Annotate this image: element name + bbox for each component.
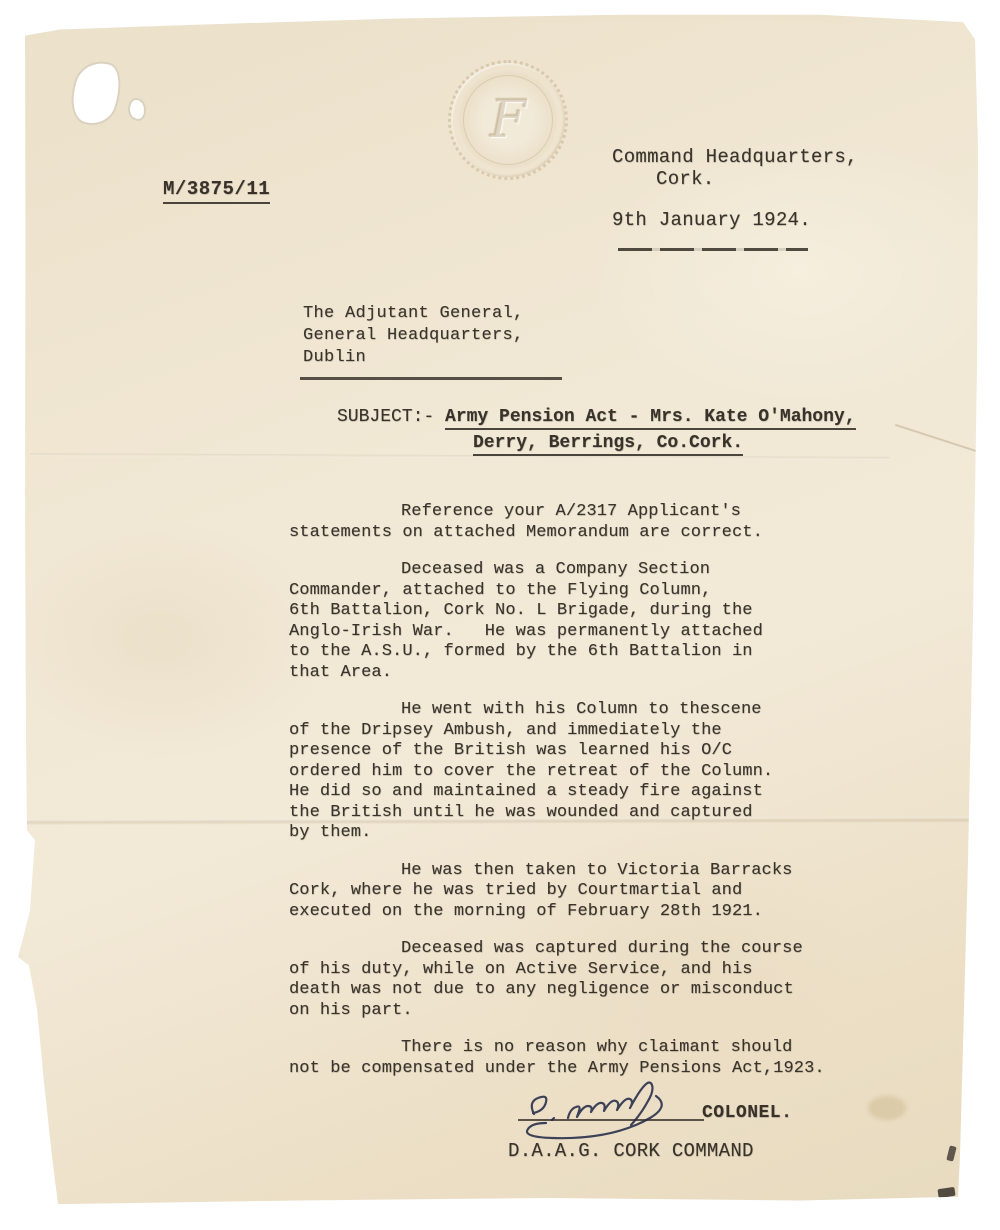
paragraph: Reference your A/2317 Applicant'sstateme…	[289, 502, 929, 543]
date-underline	[618, 248, 808, 251]
letterhead-org-line1: Command Headquarters,	[612, 147, 858, 168]
paragraphs: Reference your A/2317 Applicant'sstateme…	[289, 502, 929, 1096]
paragraph-line: Deceased was captured during the course	[289, 939, 929, 960]
paragraph-line: Anglo-Irish War. He was permanently atta…	[289, 622, 929, 643]
paper-stain	[868, 1096, 906, 1120]
document-paper: F M/3875/11 Command Headquarters, Cork. …	[0, 0, 1000, 1230]
paragraph-line: ordered him to cover the retreat of the …	[289, 762, 929, 783]
seal-monogram: F	[451, 63, 565, 177]
paragraph-line: 6th Battalion, Cork No. L Brigade, durin…	[289, 601, 929, 622]
reference-number: M/3875/11	[163, 178, 270, 204]
subject-line2: Derry, Berrings, Co.Cork.	[473, 431, 856, 455]
paragraph-line: to the A.S.U., formed by the 6th Battali…	[289, 642, 929, 663]
paragraph-line: that Area.	[289, 663, 929, 684]
paragraph: There is no reason why claimant shouldno…	[289, 1038, 929, 1079]
signature-role: D.A.A.G. CORK COMMAND	[508, 1140, 754, 1162]
subject-line1: SUBJECT:- Army Pension Act - Mrs. Kate O…	[337, 405, 856, 429]
addressee-line: Dublin	[303, 347, 524, 369]
subject-block: SUBJECT:- Army Pension Act - Mrs. Kate O…	[337, 405, 856, 455]
letterhead: Command Headquarters, Cork. 9th January …	[612, 147, 858, 251]
fold-crease-upper-right	[895, 424, 983, 454]
paragraph-line: death was not due to any negligence or m…	[289, 980, 929, 1001]
letterhead-org-line2: Cork.	[656, 169, 858, 190]
ink-speck	[937, 1187, 955, 1198]
addressee-block: The Adjutant General, General Headquarte…	[303, 303, 524, 369]
paragraph-line: the British until he was wounded and cap…	[289, 803, 929, 824]
subject-title-line2: Derry, Berrings, Co.Cork.	[473, 433, 743, 456]
paper-hole-small	[126, 97, 148, 123]
subject-label: SUBJECT:-	[337, 407, 434, 427]
paragraph-line: He did so and maintained a steady fire a…	[289, 782, 929, 803]
addressee-underline	[300, 377, 562, 380]
handwritten-signature	[468, 1076, 738, 1142]
paragraph: Deceased was captured during the courseo…	[289, 939, 929, 1021]
paragraph-line: He went with his Column to thescene	[289, 700, 929, 721]
paper-hole	[63, 54, 129, 132]
subject-title-line1: Army Pension Act - Mrs. Kate O'Mahony,	[445, 407, 855, 430]
paragraph-line: Reference your A/2317 Applicant's	[289, 502, 929, 523]
addressee-line: General Headquarters,	[303, 325, 524, 347]
paragraph-line: He was then taken to Victoria Barracks	[289, 861, 929, 882]
embossed-seal-icon: F	[448, 60, 568, 180]
paragraph: He was then taken to Victoria BarracksCo…	[289, 861, 929, 923]
paragraph: He went with his Column to thesceneof th…	[289, 700, 929, 844]
letter-date: 9th January 1924.	[612, 210, 858, 231]
paragraph-line: presence of the British was learned his …	[289, 741, 929, 762]
paragraph-line: Deceased was a Company Section	[289, 560, 929, 581]
paragraph-line: executed on the morning of February 28th…	[289, 902, 929, 923]
paragraph-line: by them.	[289, 823, 929, 844]
paragraph-line: of the Dripsey Ambush, and immediately t…	[289, 721, 929, 742]
paragraph-line: There is no reason why claimant should	[289, 1038, 929, 1059]
paragraph-line: on his part.	[289, 1001, 929, 1022]
paragraph: Deceased was a Company SectionCommander,…	[289, 560, 929, 683]
paragraph-line: of his duty, while on Active Service, an…	[289, 960, 929, 981]
paragraph-line: Cork, where he was tried by Courtmartial…	[289, 881, 929, 902]
addressee-line: The Adjutant General,	[303, 303, 524, 325]
paragraph-line: Commander, attached to the Flying Column…	[289, 581, 929, 602]
paragraph-line: statements on attached Memorandum are co…	[289, 523, 929, 544]
ink-speck	[946, 1145, 956, 1161]
signature-rank: COLONEL.	[702, 1103, 792, 1123]
